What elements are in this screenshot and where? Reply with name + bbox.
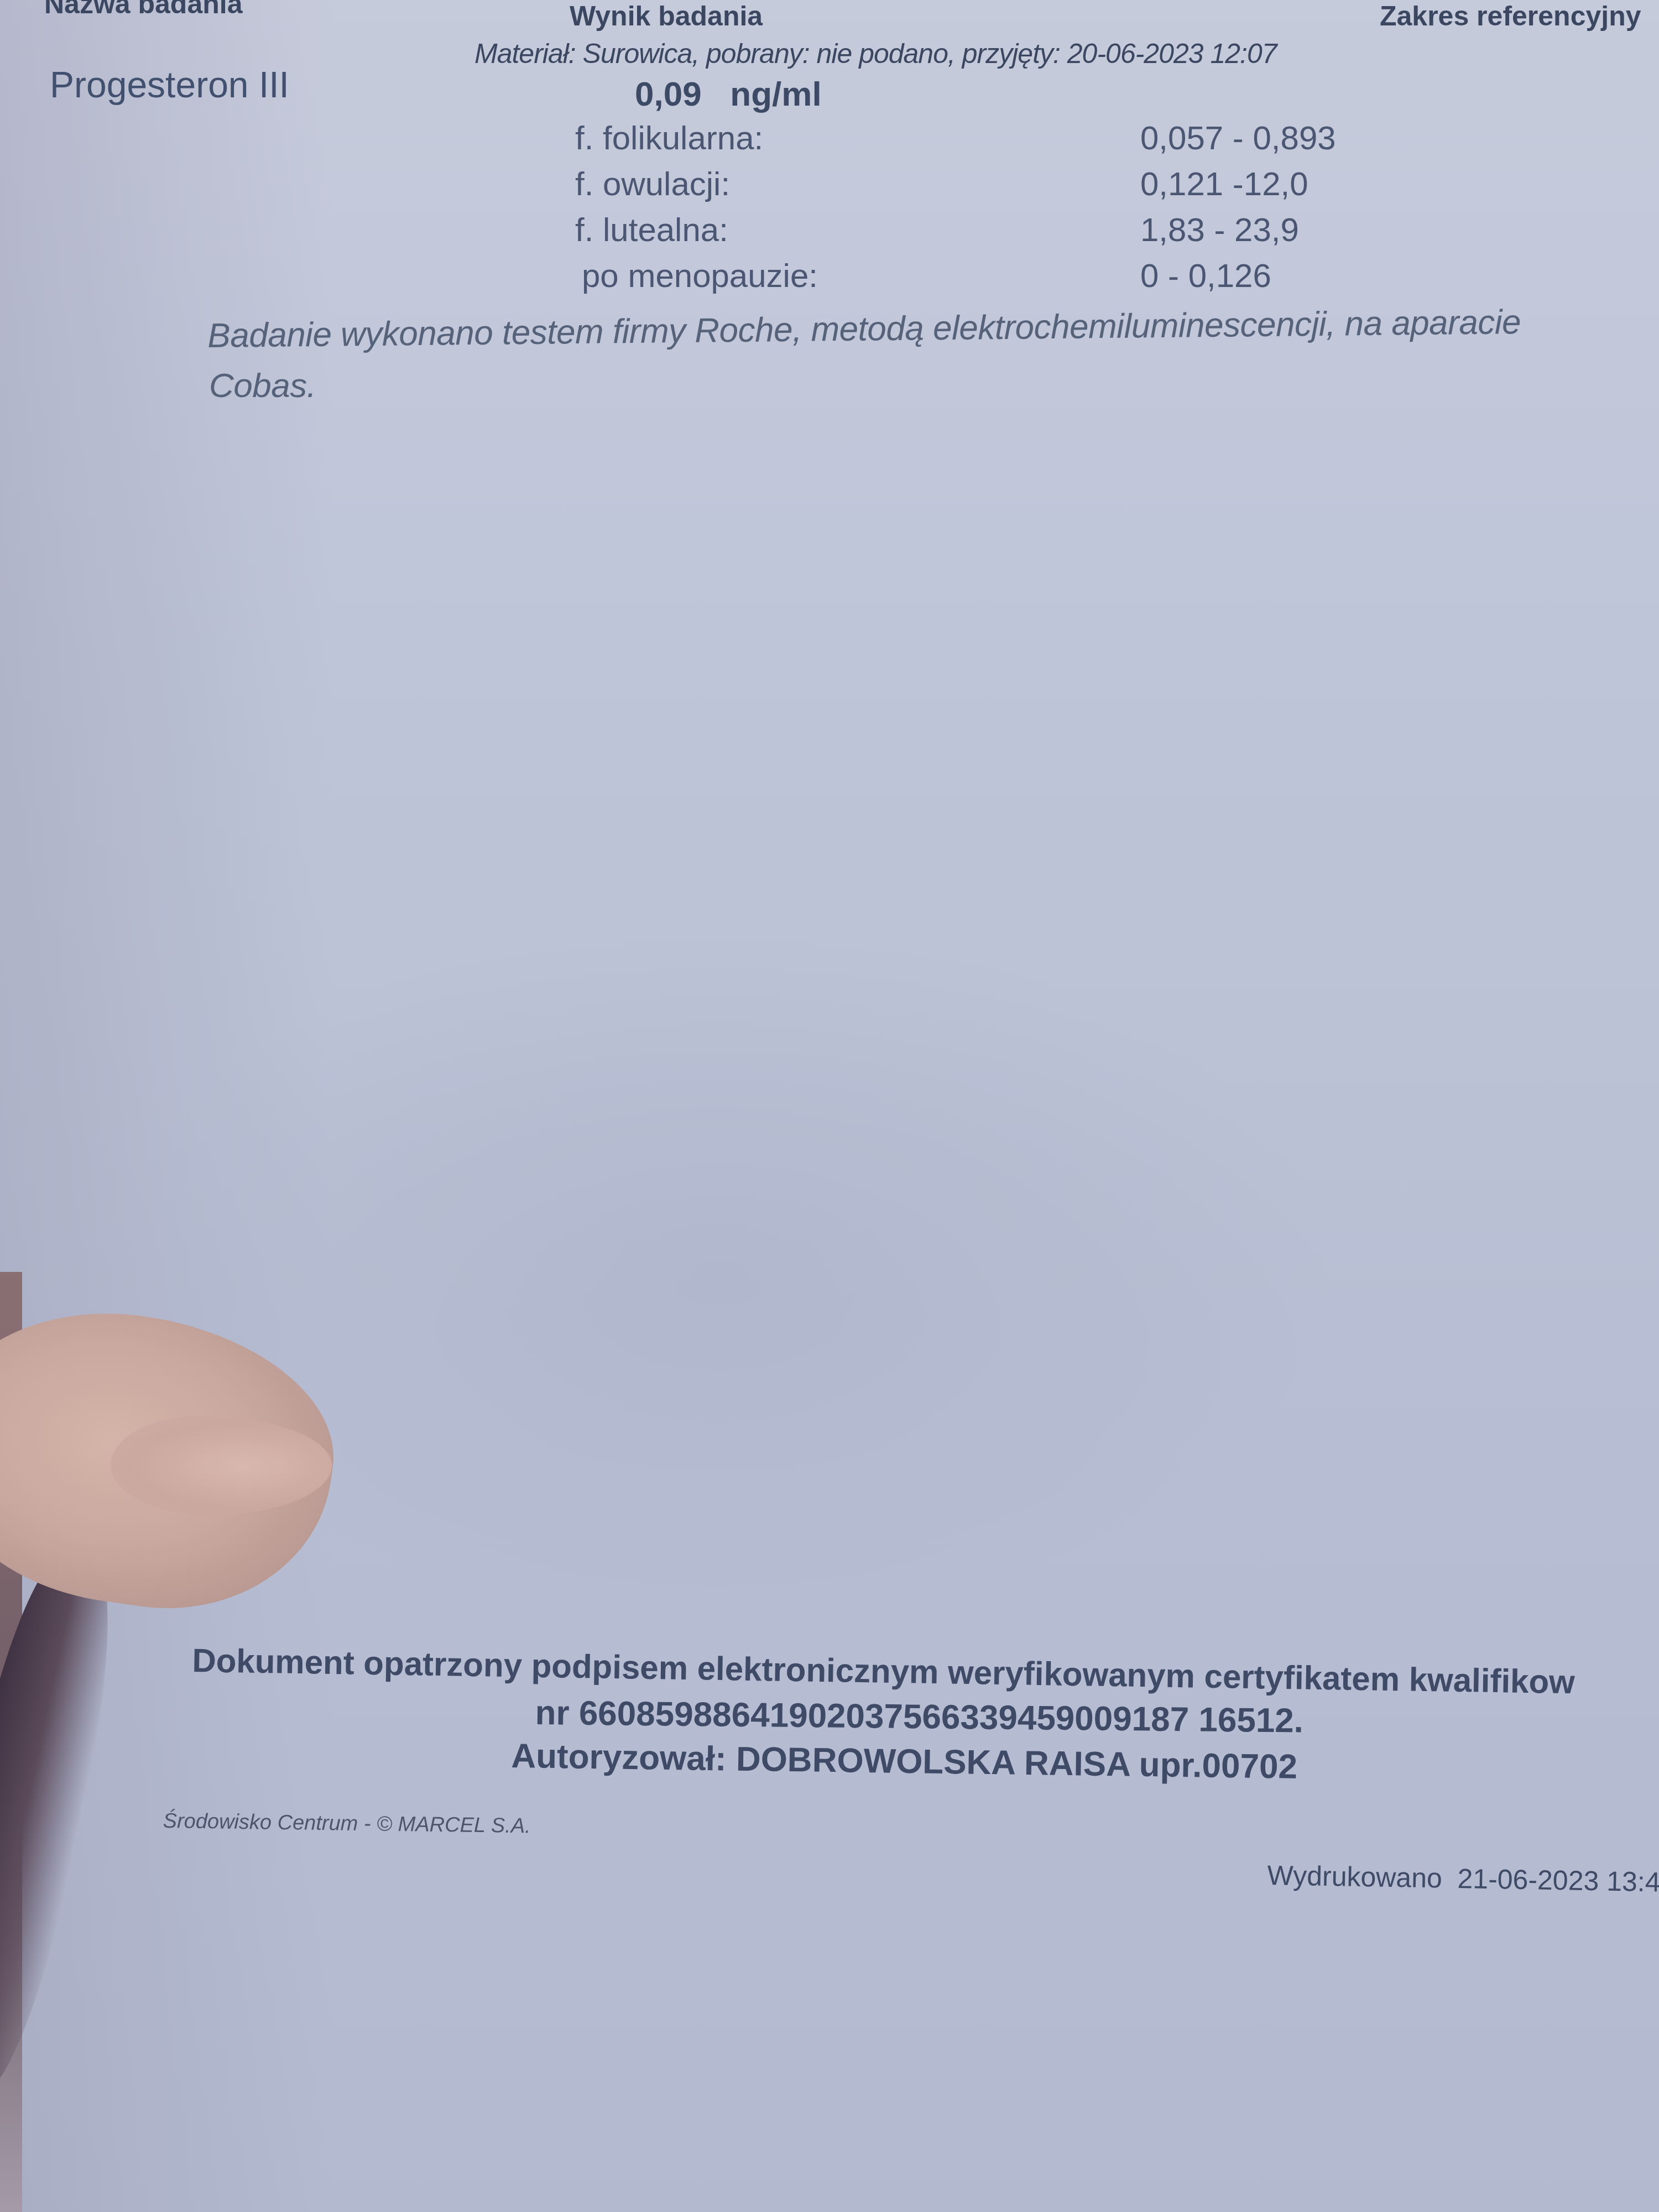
test-name: Progesteron III [50,64,289,106]
result-value: 0,09 ng/ml [635,75,822,114]
reference-range-value: 0 - 0,126 [1140,257,1271,295]
printed-label: Wydrukowano [1267,1860,1442,1894]
header-reference: Zakres referencyjny [1380,0,1641,32]
reference-phase-label: f. folikularna: [575,119,763,157]
reference-phase-label: f. owulacji: [575,165,730,203]
reference-phase-label: f. lutealna: [575,211,728,249]
reference-range-value: 0,121 -12,0 [1140,165,1308,203]
material-info: Materiał: Surowica, pobrany: nie podano,… [474,38,1277,70]
reference-phase-label: po menopauzie: [582,257,818,295]
result-unit: ng/ml [730,75,821,113]
header-result: Wynik badania [570,0,763,32]
method-note-line2: Cobas. [209,366,316,405]
printed-date: 21-06-2023 13:49 [1457,1863,1659,1898]
result-number: 0,09 [635,75,702,113]
reference-range-value: 1,83 - 23,9 [1140,211,1299,249]
certificate-number: nr 66085988641902037566339459009187 1651… [535,1693,1303,1741]
reference-range-value: 0,057 - 0,893 [1140,119,1336,157]
header-test-name: Nazwa badania [44,0,242,20]
